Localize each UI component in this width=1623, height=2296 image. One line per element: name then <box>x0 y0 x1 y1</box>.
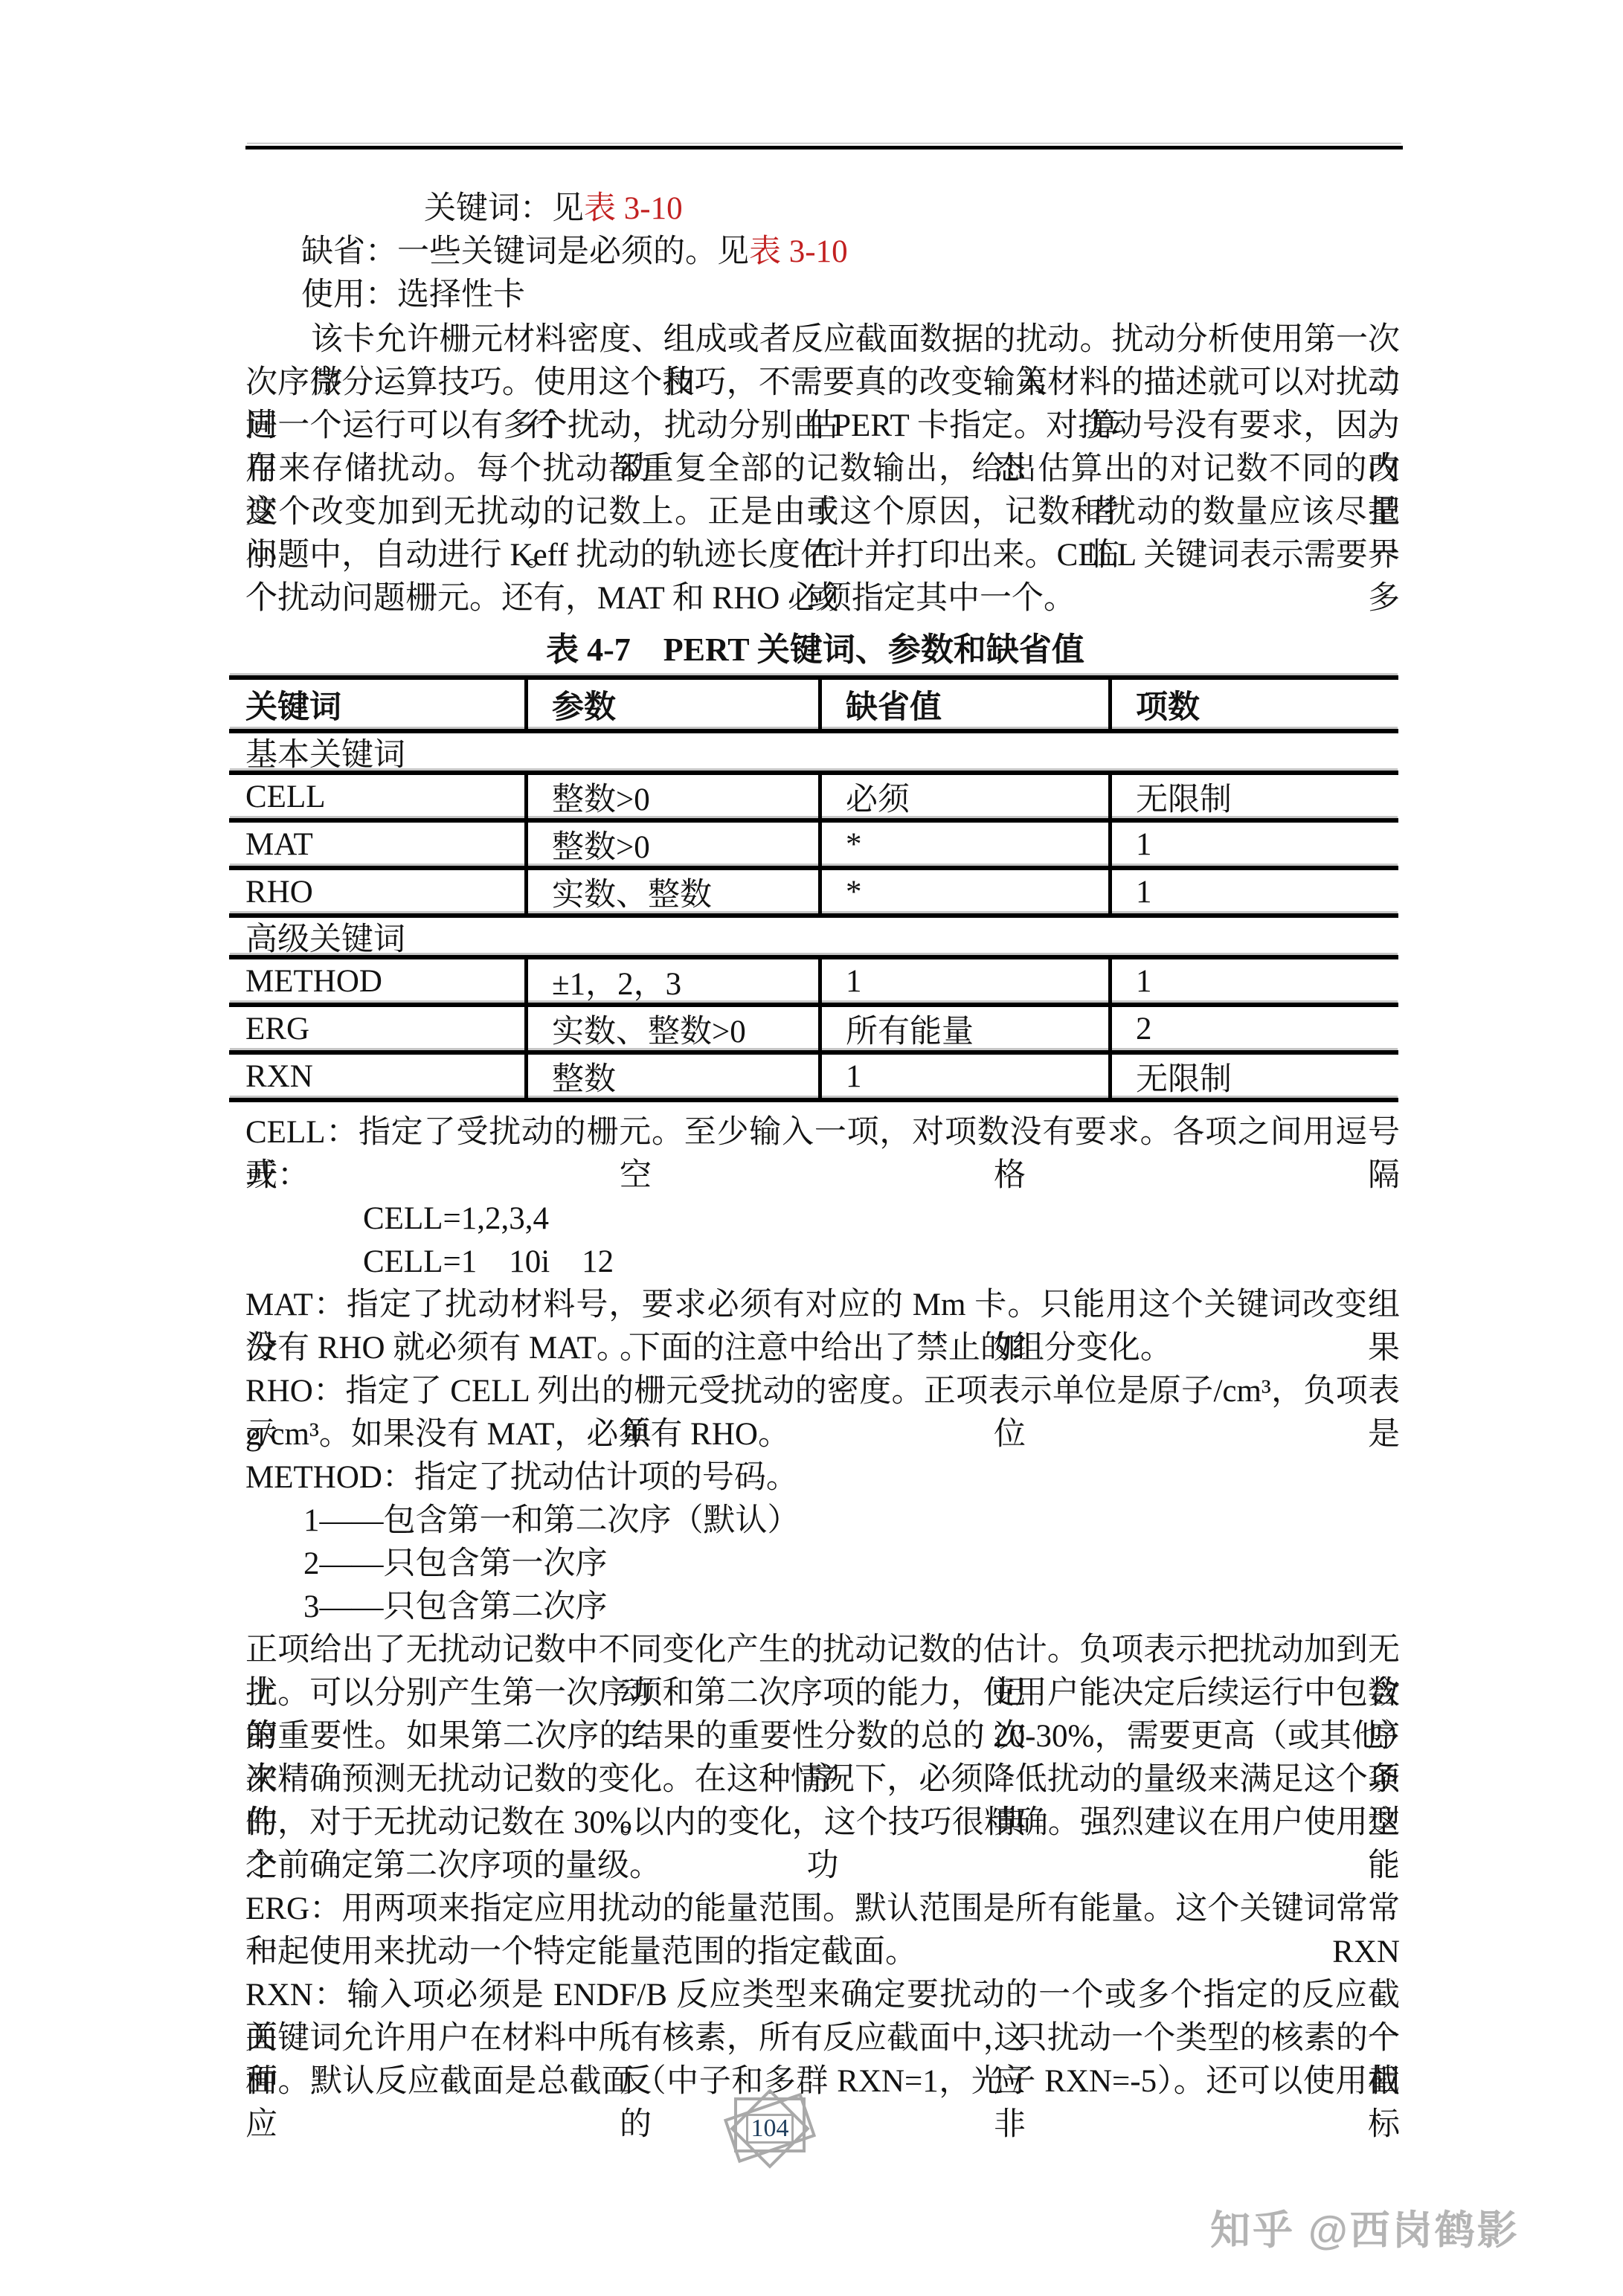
table-cell: MAT <box>229 823 524 866</box>
pert-keywords-table: 关键词 参数 缺省值 项数 基本关键词 CELL 整数>0 必须 无限制 MAT… <box>229 675 1398 1102</box>
table-row: MAT 整数>0 * 1 <box>229 823 1398 866</box>
intro-paragraph: 该卡允许栅元材料密度、组成或者反应截面数据的扰动。扰动分析使用第一次序和第二 次… <box>231 318 1400 620</box>
text-line: 的重要性。如果第二次序的结果的重要性分数的总的 20-30%，需要更高（或其他）… <box>231 1715 1400 1758</box>
spec-default-label: 缺省：一些关键词是必须的。见 <box>301 234 749 269</box>
text-line: 关键词允许用户在材料中所有核素，所有反应截面中，只扰动一个类型的核素的一种反应截 <box>231 2017 1400 2060</box>
text-line: 缺省：一些关键词是必须的。见表 3-10 <box>286 231 1400 274</box>
text-line: 这个改变加到无扰动的记数上。正是由于这个原因，记数和扰动的数量应该尽量小。在临界 <box>231 491 1400 534</box>
table-section-row: 基本关键词 <box>229 733 1398 771</box>
text-line: RHO：指定了 CELL 列出的栅元受扰动的密度。正项表示单位是原子/cm³，负… <box>231 1370 1400 1413</box>
table-cell: 1 <box>818 1055 1108 1098</box>
code-line: CELL=1,2,3,4 <box>348 1197 1400 1241</box>
column-header: 项数 <box>1108 680 1398 729</box>
table-title: 表 4-7 PERT 关键词、参数和缺省值 <box>231 631 1400 669</box>
column-header: 缺省值 <box>818 680 1108 729</box>
text-line: ERG：用两项来指定应用扰动的能量范围。默认范围是所有能量。这个关键词常常和 R… <box>231 1888 1400 1931</box>
table-cell: RHO <box>229 870 524 913</box>
table-3-10-reference[interactable]: 表 3-10 <box>749 234 848 269</box>
table-cell: 必须 <box>818 775 1108 818</box>
list-item: 2——只包含第一次序 <box>289 1543 1400 1586</box>
table-section-row: 高级关键词 <box>229 918 1398 955</box>
table-cell: 1 <box>1108 823 1398 866</box>
table-cell: 1 <box>1108 870 1398 913</box>
table-row: ERG 实数、整数>0 所有能量 2 <box>229 1007 1398 1050</box>
page-number-ornament: 104 <box>724 2090 816 2187</box>
table-cell: 整数>0 <box>524 775 818 818</box>
table-3-10-reference[interactable]: 表 3-10 <box>584 191 683 226</box>
column-header: 关键词 <box>229 680 524 729</box>
text-line: 来精确预测无扰动记数的变化。在这种情况下，必须降低扰动的量级来满足这个条件。典型 <box>231 1758 1400 1801</box>
code-line: CELL=1 10i 12 <box>348 1241 1400 1284</box>
table-cell: * <box>818 823 1108 866</box>
text-line: 问题中，自动进行 Keff 扰动的轨迹长度估计并打印出来。CELL 关键词表示需… <box>231 534 1400 577</box>
text-line: MAT：指定了扰动材料号，要求必须有对应的 Mm 卡。只能用这个关键词改变组分。… <box>231 1284 1400 1327</box>
table-cell: RXN <box>229 1055 524 1098</box>
text-line: METHOD：指定了扰动估计项的号码。 <box>231 1456 1400 1499</box>
spec-keywords-label: 关键词：见 <box>424 191 584 226</box>
table-cell: 1 <box>1108 959 1398 1003</box>
table-cell: 实数、整数 <box>524 870 818 913</box>
table-cell: 整数>0 <box>524 823 818 866</box>
text-line: 关键词：见表 3-10 <box>409 187 1400 231</box>
list-item: 1——包含第一和第二次序（默认） <box>289 1499 1400 1543</box>
table-cell: ERG <box>229 1007 524 1050</box>
text-line: 同一个运行可以有多个扰动，扰动分别由 PERT 卡指定。对扰动号没有要求，因为用… <box>231 405 1400 448</box>
table-cell: 整数 <box>524 1055 818 1098</box>
column-header: 参数 <box>524 680 818 729</box>
text-line: 的，对于无扰动记数在 30%以内的变化，这个技巧很精确。强烈建议在用户使用这个功… <box>231 1801 1400 1845</box>
text-line: 存来存储扰动。每个扰动都重复全部的记数输出，给出估算出的对记数不同的改变，或者把 <box>231 448 1400 491</box>
page-number: 104 <box>751 2115 789 2143</box>
text-line: RXN：输入项必须是 ENDF/B 反应类型来确定要扰动的一个或多个指定的反应截… <box>231 1974 1400 2017</box>
spec-use-label: 使用：选择性卡 <box>286 274 1400 317</box>
table-cell: CELL <box>229 775 524 818</box>
keyword-descriptions: CELL：指定了受扰动的栅元。至少输入一项，对项数没有要求。各项之间用逗号或空格… <box>231 1111 1400 2103</box>
list-item: 3——只包含第二次序 <box>289 1586 1400 1629</box>
card-spec-block: 关键词：见表 3-10 缺省：一些关键词是必须的。见表 3-10 使用：选择性卡 <box>231 187 1400 317</box>
page-number-box: 104 <box>746 2114 794 2144</box>
document-page: { "page": { "number": "104", "watermark"… <box>0 0 1623 2296</box>
table-row: CELL 整数>0 必须 无限制 <box>229 775 1398 818</box>
table-cell: * <box>818 870 1108 913</box>
table-cell: ±1，2，3 <box>524 959 818 1003</box>
table-cell: 1 <box>818 959 1108 1003</box>
header-rule <box>245 146 1403 149</box>
table-row: RHO 实数、整数 * 1 <box>229 870 1398 913</box>
table-cell: 所有能量 <box>818 1007 1108 1050</box>
table-cell: METHOD <box>229 959 524 1003</box>
text-line: 该卡允许栅元材料密度、组成或者反应截面数据的扰动。扰动分析使用第一次序和第二 <box>296 318 1400 361</box>
text-line: 上。可以分别产生第一次序项和第二次序项的能力，使用户能决定后续运行中包含第二次序 <box>231 1672 1400 1715</box>
table-cell: 无限制 <box>1108 1055 1398 1098</box>
text-line: 次序微分运算技巧。使用这个技巧，不需要真的改变输入材料的描述就可以对扰动进行估算… <box>231 361 1400 405</box>
table-row: METHOD ±1，2，3 1 1 <box>229 959 1398 1003</box>
text-line: 正项给出了无扰动记数中不同变化产生的扰动记数的估计。负项表示把扰动加到无扰动记数 <box>231 1629 1400 1672</box>
text-line: CELL：指定了受扰动的栅元。至少输入一项，对项数没有要求。各项之间用逗号或空格… <box>231 1111 1400 1154</box>
table-cell: 实数、整数>0 <box>524 1007 818 1050</box>
table-row: RXN 整数 1 无限制 <box>229 1055 1398 1098</box>
zhihu-watermark: 知乎 @西岗鹤影 <box>1210 2199 1520 2256</box>
table-cell: 无限制 <box>1108 775 1398 818</box>
table-header-row: 关键词 参数 缺省值 项数 <box>229 680 1398 729</box>
table-cell: 2 <box>1108 1007 1398 1050</box>
